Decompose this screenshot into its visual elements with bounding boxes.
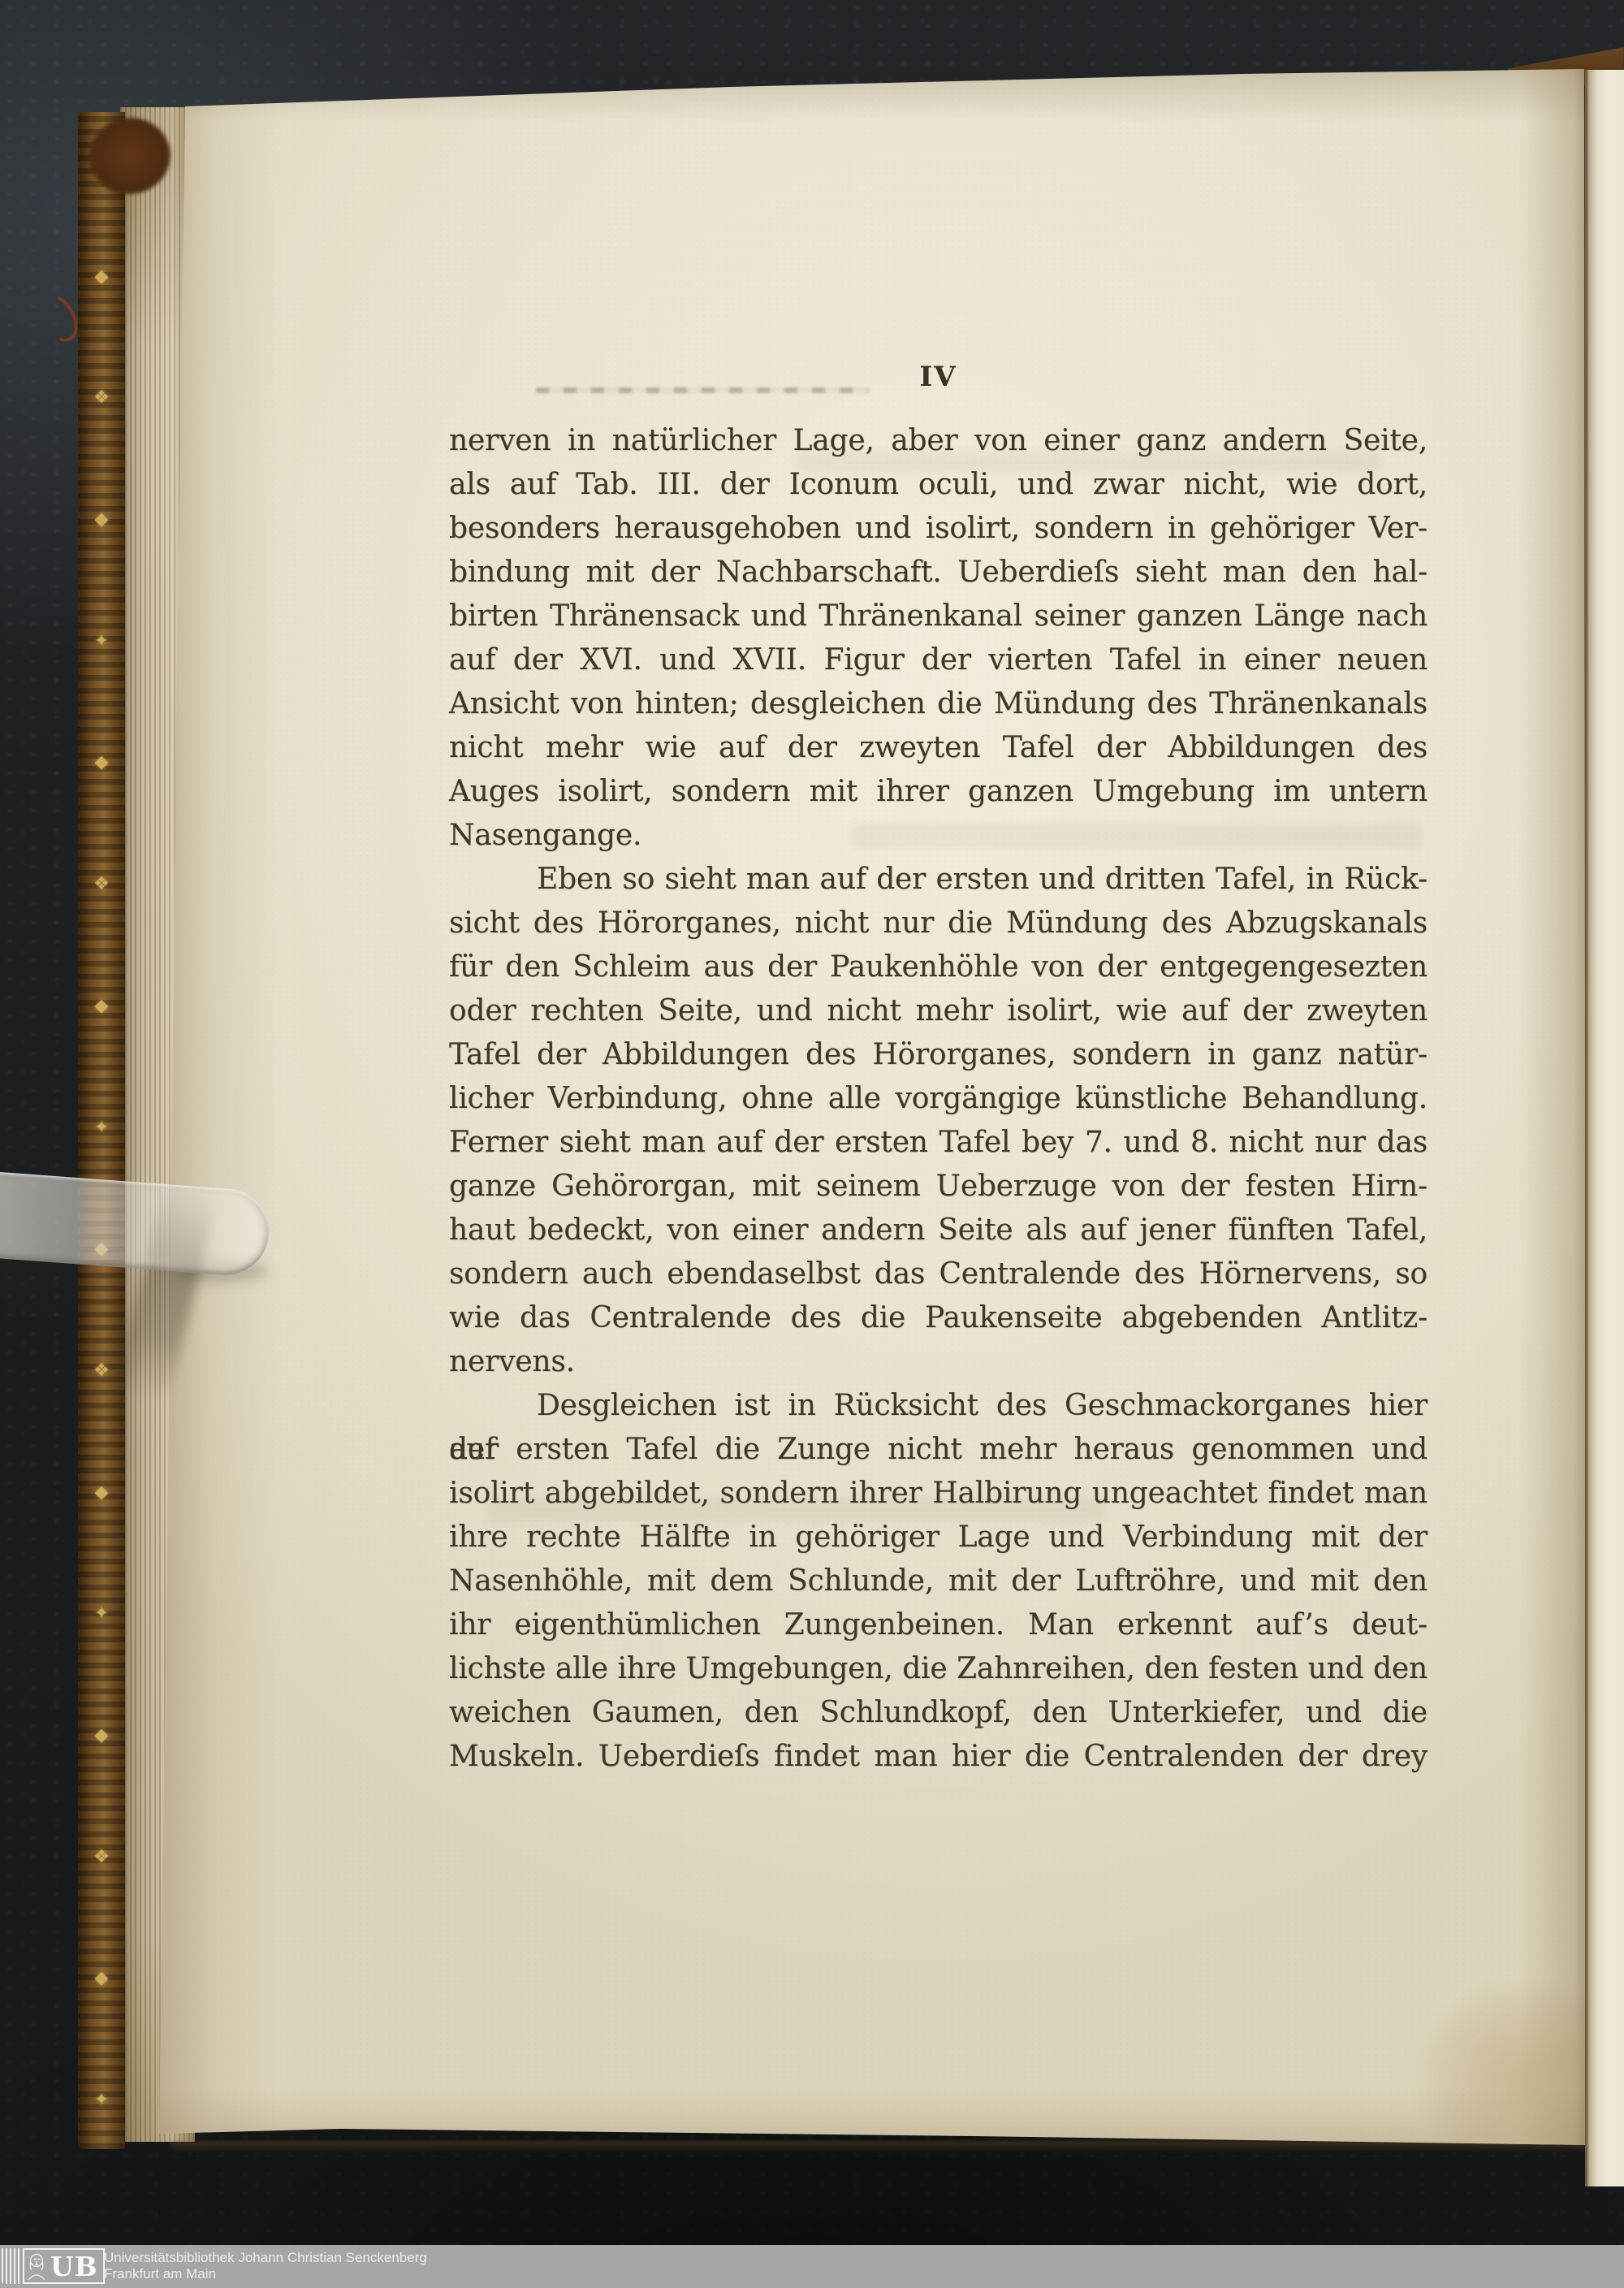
gilt-ornament-glyph: ❖ xyxy=(93,874,110,894)
gilt-ornament-glyph: ◆ xyxy=(95,996,109,1016)
page-crease-shading xyxy=(1518,65,1588,2148)
gilt-ornament-glyph: ◆ xyxy=(95,1968,109,1988)
text-line: auf der XVI. und XVII. Figur der vierten… xyxy=(449,638,1427,682)
book-scan-scene: ✦◆❖◆✦◆❖◆✦◆❖◆✦◆❖◆✦ IV nerven in natürlich… xyxy=(0,0,1624,2288)
gilt-ornament-glyph: ◆ xyxy=(95,1725,109,1745)
text-line: Ansicht von hinten; desgleichen die Münd… xyxy=(449,682,1427,726)
text-line: Desgleichen ist in Rücksicht des Geschma… xyxy=(449,1384,1427,1428)
gilt-ornament-glyph: ❖ xyxy=(93,1847,110,1867)
text-line: sondern auch ebendaselbst das Centralend… xyxy=(449,1252,1427,1296)
text-line: sicht des Hörorganes, nicht nur die Münd… xyxy=(449,902,1427,945)
gilt-ornament-glyph: ❖ xyxy=(93,1360,110,1381)
gilt-ornament-glyph: ✦ xyxy=(94,631,109,651)
senckenberg-portrait-icon xyxy=(26,2251,47,2282)
text-line: licher Verbindung, ohne alle vorgängige … xyxy=(449,1077,1427,1121)
page-bottom-shadow xyxy=(171,2141,1587,2152)
text-line: für den Schleim aus der Paukenhöhle von … xyxy=(449,945,1427,989)
spine-gilt-ornament: ✦◆❖◆✦◆❖◆✦◆❖◆✦◆❖◆✦ xyxy=(78,145,125,2110)
text-line: nervens. xyxy=(449,1340,1427,1384)
logo-ub-text: UB xyxy=(50,2253,98,2280)
gilt-ornament-glyph: ◆ xyxy=(95,266,109,287)
text-line: isolirt abgebildet, sondern ihrer Halbir… xyxy=(449,1472,1427,1516)
page-number: IV xyxy=(449,363,1427,391)
library-city: Frankfurt am Main xyxy=(104,2266,427,2282)
gilt-ornament-glyph: ✦ xyxy=(94,1118,109,1138)
library-name: Universitätsbibliothek Johann Christian … xyxy=(104,2250,427,2266)
text-line: Auges isolirt, sondern mit ihrer ganzen … xyxy=(449,770,1427,814)
text-line: birten Thränensack und Thränenkanal sein… xyxy=(449,595,1427,638)
text-line: ganze Gehörorgan, mit seinem Ueberzuge v… xyxy=(449,1165,1427,1209)
text-line: haut bedeckt, von einer andern Seite als… xyxy=(449,1209,1427,1252)
text-line: wie das Centralende des die Paukenseite … xyxy=(449,1296,1427,1340)
adjacent-page-edge xyxy=(1585,70,1624,2186)
text-line: ihre rechte Hälfte in gehöriger Lage und… xyxy=(449,1516,1427,1559)
gilt-ornament-glyph: ◆ xyxy=(95,752,109,772)
text-line: Muskeln. Ueberdieſs findet man hier die … xyxy=(449,1735,1427,1779)
text-line: Eben so sieht man auf der ersten und dri… xyxy=(449,858,1427,902)
text-line: nicht mehr wie auf der zweyten Tafel der… xyxy=(449,726,1427,770)
book-page: IV nerven in natürlicher Lage, aber von … xyxy=(0,0,1624,2288)
ub-logo: UB xyxy=(23,2248,105,2284)
gilt-ornament-glyph: ◆ xyxy=(95,1482,109,1503)
library-footer-bar: UB Universitätsbibliothek Johann Christi… xyxy=(0,2245,1624,2288)
text-line: Nasengange. xyxy=(449,814,1427,858)
book-spine: ✦◆❖◆✦◆❖◆✦◆❖◆✦◆❖◆✦ xyxy=(78,112,125,2149)
page-text-block: nerven in natürlicher Lage, aber von ein… xyxy=(449,419,1427,1779)
text-line: lichste alle ihre Umgebungen, die Zahnre… xyxy=(449,1647,1427,1691)
text-line: Ferner sieht man auf der ersten Tafel be… xyxy=(449,1121,1427,1165)
logo-stripes-icon xyxy=(2,2248,21,2284)
text-line: der ersten Tafel die Zunge nicht mehr he… xyxy=(449,1428,1427,1472)
text-line: besonders herausgehoben und isolirt, son… xyxy=(449,507,1427,551)
text-line: oder rechten Seite, und nicht mehr isoli… xyxy=(449,989,1427,1033)
text-line: Tafel der Abbildungen des Hörorganes, so… xyxy=(449,1033,1427,1077)
text-line: bindung mit der Nachbarschaft. Ueberdieſ… xyxy=(449,551,1427,595)
text-line: Nasenhöhle, mit dem Schlunde, mit der Lu… xyxy=(449,1559,1427,1603)
gilt-ornament-glyph: ◆ xyxy=(95,509,109,530)
text-line: weichen Gaumen, den Schlundkopf, den Unt… xyxy=(449,1691,1427,1735)
library-caption: Universitätsbibliothek Johann Christian … xyxy=(104,2250,427,2282)
gilt-ornament-glyph: ✦ xyxy=(94,1603,109,1624)
text-line: nerven in natürlicher Lage, aber von ein… xyxy=(449,419,1427,463)
text-line: ihr eigenthümlichen Zungenbeinen. Man er… xyxy=(449,1603,1427,1647)
gilt-ornament-glyph: ✦ xyxy=(94,2090,109,2110)
gilt-ornament-glyph: ❖ xyxy=(93,387,110,408)
text-line: als auf Tab. III. der Iconum oculi, und … xyxy=(449,463,1427,507)
